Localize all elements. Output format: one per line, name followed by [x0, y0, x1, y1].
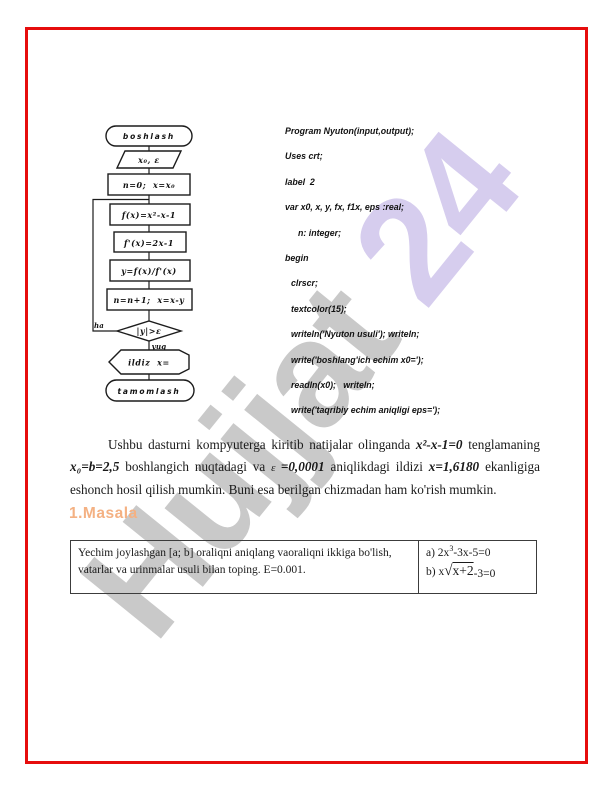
code-line: clrscr;: [285, 271, 560, 296]
flowchart-start-label: boshlash: [123, 132, 175, 141]
flowchart-node-fx: f(x)=x²-x-1: [110, 204, 190, 225]
x0-value: x₀=b=2,5: [70, 459, 119, 474]
eps-value: =0,0001: [281, 459, 325, 474]
document-page: Hujjat 24 boshlash x₀, ε n: [0, 0, 612, 792]
code-line: begin: [285, 246, 560, 271]
flowchart-node-iterate: n=n+1; x=x-y: [107, 289, 192, 310]
flowchart-f1x-label: f'(x)=2x-1: [123, 238, 174, 248]
table-row: Yechim joylashgan [a; b] oraliqni aniqla…: [71, 541, 537, 594]
equations-cell: a) 2x3-3x-5=0 b) x√x+2-3=0: [419, 541, 537, 594]
flowchart-node-condition: |y|>ε: [117, 321, 181, 341]
flowchart-node-init: n=0; x=x₀: [108, 174, 190, 195]
flowchart-node-end: tamomlash: [106, 380, 194, 401]
problem-table: Yechim joylashgan [a; b] oraliqni aniqla…: [70, 540, 537, 594]
code-line: n: integer;: [285, 221, 560, 246]
flowchart-init-label: n=0; x=x₀: [123, 180, 175, 190]
epsilon-symbol: ε: [271, 462, 281, 474]
equation-b: b) x√x+2-3=0: [426, 562, 529, 581]
code-line: writeln('Nyuton usuli'); writeln;: [285, 322, 560, 347]
flowchart-node-start: boshlash: [106, 126, 192, 146]
explanation-paragraph: Ushbu dasturni kompyuterga kiritib natij…: [70, 434, 540, 501]
code-line: readln(x0); writeln;: [285, 373, 560, 398]
flowchart-condition-label: |y|>ε: [136, 326, 161, 336]
code-line: label 2: [285, 170, 560, 195]
root-value: x=1,6180: [429, 459, 479, 474]
radicand: x+2: [452, 563, 473, 578]
flowchart-node-ycalc: y=f(x)/f'(x): [110, 260, 190, 281]
code-block: Program Nyuton(input,output); Uses crt; …: [285, 119, 560, 424]
flowchart-ycalc-label: y=f(x)/f'(x): [120, 266, 177, 276]
flowchart-end-label: tamomlash: [117, 387, 180, 396]
paragraph-text: Ushbu dasturni kompyuterga kiritib natij…: [108, 437, 416, 452]
code-line: write('boshlang'ich echim x0=');: [285, 348, 560, 373]
code-line: textcolor(15);: [285, 297, 560, 322]
flowchart: boshlash x₀, ε n=0; x=x₀ f(x)=x²-x-1 f'(…: [85, 123, 215, 411]
flowchart-node-output: ildiz x=: [109, 350, 189, 374]
code-line: write('taqribiy echim aniqligi eps=');: [285, 398, 560, 423]
flowchart-output-label: ildiz x=: [128, 358, 170, 368]
flowchart-iterate-label: n=n+1; x=x-y: [114, 295, 186, 305]
equation-inline: x²-x-1=0: [416, 437, 463, 452]
flowchart-node-input: x₀, ε: [117, 151, 181, 168]
section-heading: 1.Masala: [69, 505, 138, 523]
code-line: Program Nyuton(input,output);: [285, 119, 560, 144]
flowchart-input-label: x₀, ε: [137, 155, 160, 165]
code-line: Uses crt;: [285, 144, 560, 169]
flowchart-branch-yes-label: ha: [94, 321, 104, 330]
code-line: var x0, x, y, fx, f1x, eps :real;: [285, 195, 560, 220]
task-cell: Yechim joylashgan [a; b] oraliqni aniqla…: [71, 541, 419, 594]
equation-a: a) 2x3-3x-5=0: [426, 545, 529, 562]
flowchart-node-f1x: f'(x)=2x-1: [114, 232, 186, 252]
flowchart-fx-label: f(x)=x²-x-1: [121, 210, 176, 220]
